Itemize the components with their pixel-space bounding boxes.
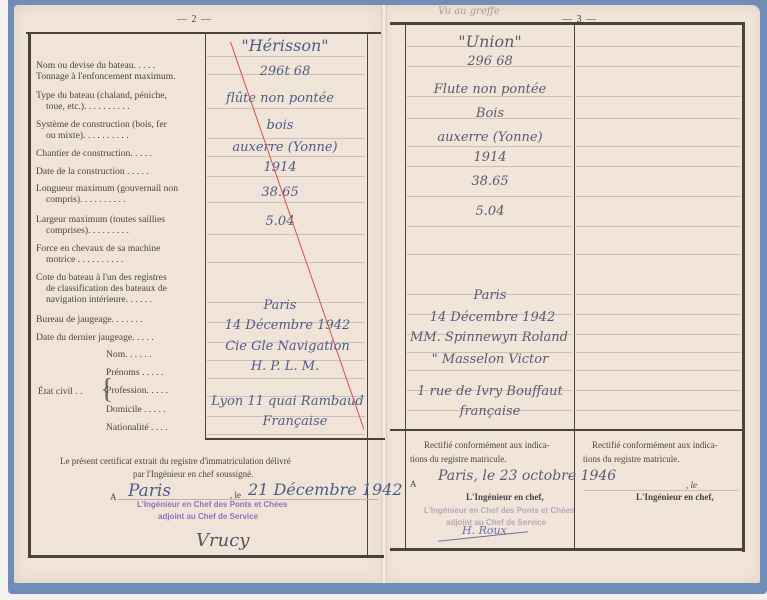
right-value-bureau: Paris xyxy=(410,288,570,303)
ruled-line xyxy=(407,370,572,371)
label-nom-bateau: Nom ou devise du bateau. . . . . xyxy=(36,60,155,71)
rectif-left-line-1: Rectifié conformément aux indica- xyxy=(424,440,550,450)
values-box-bottom xyxy=(205,438,385,440)
certificate-text-1: Le présent certificat extrait du registr… xyxy=(60,456,291,466)
ruled-line xyxy=(576,352,741,353)
ruled-line xyxy=(407,226,572,227)
ruled-line xyxy=(576,254,741,255)
rectif-right-line-2: tions du registre matricule. xyxy=(583,454,679,464)
value-largeur: 5.04 xyxy=(205,214,355,229)
label-largeur: Largeur maximum (toutes saillies xyxy=(36,214,165,225)
label-type-bateau-2: toue, etc.). . . . . . . . . . xyxy=(46,101,130,112)
value-domicile: Lyon 11 quai Rambaud xyxy=(205,394,370,409)
label-domicile: Domicile . . . . . xyxy=(106,404,166,415)
frame-top-left xyxy=(26,32,381,34)
ruled-line xyxy=(207,138,365,139)
ruled-line xyxy=(576,166,741,167)
label-nationalite: Nationalité . . . . xyxy=(106,422,168,433)
ruled-line xyxy=(576,66,741,67)
ruled-line xyxy=(576,226,741,227)
ruled-line xyxy=(207,234,365,235)
ruled-line xyxy=(576,294,741,295)
value-bureau: Paris xyxy=(205,298,355,313)
right-value-tonnage: 296 68 xyxy=(410,54,570,69)
label-etat-civil: État civil . . xyxy=(38,386,83,397)
right-value-type: Flute non pontée xyxy=(410,82,570,97)
value-date-jaugeage: 14 Décembre 1942 xyxy=(210,318,365,333)
ruled-line xyxy=(207,378,365,379)
frame-left xyxy=(28,32,31,558)
right-value-date-construction: 1914 xyxy=(410,150,570,165)
right-value-systeme: Bois xyxy=(410,106,570,121)
stamp-line-1: L'Ingénieur en Chef des Ponts et Chées xyxy=(137,500,287,509)
ruled-line xyxy=(576,370,741,371)
ruled-line xyxy=(407,196,572,197)
rectif-right-date-prefix: , le xyxy=(686,480,697,490)
date-value: 21 Décembre 1942 xyxy=(248,480,403,499)
ruled-line xyxy=(407,166,572,167)
page-number-left: — 2 — xyxy=(177,14,212,25)
label-chantier: Chantier de construction. . . . . xyxy=(36,148,152,159)
value-prenoms: H. P. L. M. xyxy=(210,359,360,374)
label-systeme-2: ou mixte). . . . . . . . . . xyxy=(46,130,129,141)
rectif-left-place-prefix: A xyxy=(410,479,417,489)
pencil-note: Vu au greffe xyxy=(438,6,500,17)
ruled-line xyxy=(576,96,741,97)
ruled-line xyxy=(576,334,741,335)
right-value-nom: MM. Spinnewyn Roland xyxy=(404,330,574,345)
ruled-line xyxy=(207,434,365,435)
place-prefix: A xyxy=(110,492,117,502)
right-value-domicile: 1 rue de Ivry Bouffaut xyxy=(404,384,576,399)
frame-bottom-left xyxy=(28,555,384,558)
ruled-line xyxy=(576,314,741,315)
value-date-construction: 1914 xyxy=(205,160,355,175)
label-tonnage: Tonnage à l'enfoncement maximum. xyxy=(36,71,176,82)
value-systeme: bois xyxy=(205,118,355,133)
ruled-line xyxy=(407,146,572,147)
right-value-date-jaugeage: 14 Décembre 1942 xyxy=(410,310,575,325)
frame-bottom-right xyxy=(390,548,745,551)
label-profession: Profession. . . . . xyxy=(106,385,168,396)
right-value-nationalite: française xyxy=(410,404,570,419)
signature-left: Vrucy xyxy=(196,530,249,551)
right-value-nom: "Union" xyxy=(410,32,570,51)
place-value: Paris xyxy=(128,481,171,501)
value-nationalite: Française xyxy=(220,414,370,429)
ruled-line xyxy=(576,146,741,147)
ruled-line xyxy=(576,390,741,391)
label-type-bateau: Type du bateau (chaland, péniche, xyxy=(36,90,167,101)
right-value-longueur: 38.65 xyxy=(410,174,570,189)
ruled-line xyxy=(207,56,365,57)
ruled-line xyxy=(576,410,741,411)
label-prenoms: Prénoms . . . . . xyxy=(106,367,164,378)
label-cote-3: navigation intérieure. . . . . . xyxy=(46,294,152,305)
date-prefix: , le xyxy=(230,490,241,500)
value-tonnage: 296t 68 xyxy=(210,64,360,79)
label-cote: Cote du bateau à l'un des registres xyxy=(36,272,167,283)
ruled-line xyxy=(207,108,365,109)
value-chantier: auxerre (Yonne) xyxy=(210,140,360,155)
frame-left-right-page xyxy=(405,24,406,549)
ruled-line xyxy=(576,46,741,47)
right-value-chantier: auxerre (Yonne) xyxy=(410,130,570,145)
value-type: flûte non pontée xyxy=(205,91,355,106)
ruled-line xyxy=(207,262,365,263)
rectif-left-line-2: tions du registre matricule. xyxy=(410,454,506,464)
ruled-line xyxy=(407,254,572,255)
frame-right xyxy=(742,22,745,552)
label-systeme: Système de construction (bois, fer xyxy=(36,119,167,130)
ruled-line xyxy=(207,156,365,157)
rectif-top-line xyxy=(390,429,744,431)
frame-right-inner xyxy=(367,34,368,555)
label-longueur: Longueur maximum (gouvernail non xyxy=(36,183,178,194)
label-date-construction: Date de la construction . . . . . xyxy=(36,166,149,177)
rectif-left-stamp-1: L'Ingénieur en Chef des Ponts et Chées xyxy=(424,506,574,515)
right-value-prenoms: " Masselon Victor xyxy=(410,352,570,367)
ruled-line xyxy=(576,196,741,197)
ruled-line xyxy=(576,118,741,119)
rectif-left-title: L'Ingénieur en chef, xyxy=(466,492,544,502)
rectif-right-line-1: Rectifié conformément aux indica- xyxy=(592,440,718,450)
label-longueur-2: compris). . . . . . . . . . xyxy=(46,194,126,205)
label-bureau: Bureau de jaugeage. . . . . . . xyxy=(36,314,143,325)
value-nom: Cie Gle Navigation xyxy=(210,339,365,354)
ruled-line xyxy=(207,176,365,177)
label-cote-2: de classification des bateaux de xyxy=(46,283,167,294)
label-force-2: motrice . . . . . . . . . . xyxy=(46,254,123,265)
certificate-text-2: par l'Ingénieur en chef soussigné. xyxy=(133,469,253,479)
stamp-line-2: adjoint au Chef de Service xyxy=(158,512,258,521)
label-largeur-2: comprises). . . . . . . . . xyxy=(46,225,129,236)
label-force: Force en chevaux de sa machine xyxy=(36,243,160,254)
frame-top-right xyxy=(390,22,745,25)
rectif-right-date-rule xyxy=(583,490,738,491)
right-value-largeur: 5.04 xyxy=(410,204,570,219)
label-date-jaugeage: Date du dernier jaugeage. . . . . xyxy=(36,332,154,343)
rectif-left-handwritten: Paris, le 23 octobre 1946 xyxy=(438,468,616,484)
rectif-right-title: L'Ingénieur en chef, xyxy=(636,492,714,502)
label-nom: Nom. . . . . . xyxy=(106,349,152,360)
